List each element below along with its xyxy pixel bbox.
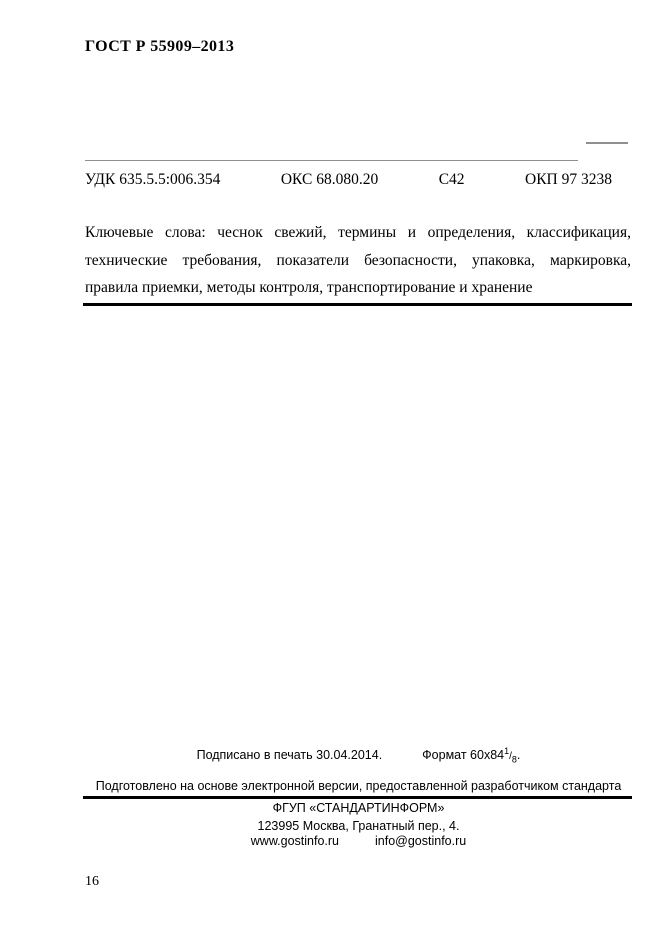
publisher-contacts-line: www.gostinfo.ruinfo@gostinfo.ru bbox=[85, 834, 632, 848]
imprint-signed-line: Подписано в печать 30.04.2014.Формат 60х… bbox=[85, 748, 632, 762]
publisher-name: ФГУП «СТАНДАРТИНФОРМ» bbox=[85, 801, 632, 815]
okp-code: ОКП 97 3238 bbox=[525, 171, 612, 189]
format-period: . bbox=[517, 748, 520, 762]
page-number: 16 bbox=[85, 874, 99, 890]
signed-date-text: Подписано в печать 30.04.2014. bbox=[197, 748, 383, 762]
section-divider-rule bbox=[83, 303, 632, 306]
publisher-address: 123995 Москва, Гранатный пер., 4. bbox=[85, 819, 632, 833]
publisher-website: www.gostinfo.ru bbox=[251, 834, 339, 848]
long-underscore-line bbox=[85, 160, 578, 161]
footer-divider-rule bbox=[83, 796, 632, 799]
imprint-prepared-line: Подготовлено на основе электронной верси… bbox=[85, 779, 632, 793]
keywords-paragraph: Ключевые слова: чеснок свежий, термины и… bbox=[85, 219, 631, 302]
short-underscore-line bbox=[586, 142, 628, 144]
classification-codes-row: УДК 635.5.5:006.354 ОКС 68.080.20 С42 ОК… bbox=[85, 171, 612, 189]
publisher-email: info@gostinfo.ru bbox=[375, 834, 466, 848]
oks-code: ОКС 68.080.20 bbox=[281, 171, 378, 189]
document-page: ГОСТ Р 55909–2013 УДК 635.5.5:006.354 ОК… bbox=[0, 0, 661, 935]
document-title: ГОСТ Р 55909–2013 bbox=[85, 38, 234, 56]
udk-code: УДК 635.5.5:006.354 bbox=[85, 171, 220, 189]
format-text: Формат 60х84 bbox=[422, 748, 504, 762]
class-code: С42 bbox=[439, 171, 465, 189]
